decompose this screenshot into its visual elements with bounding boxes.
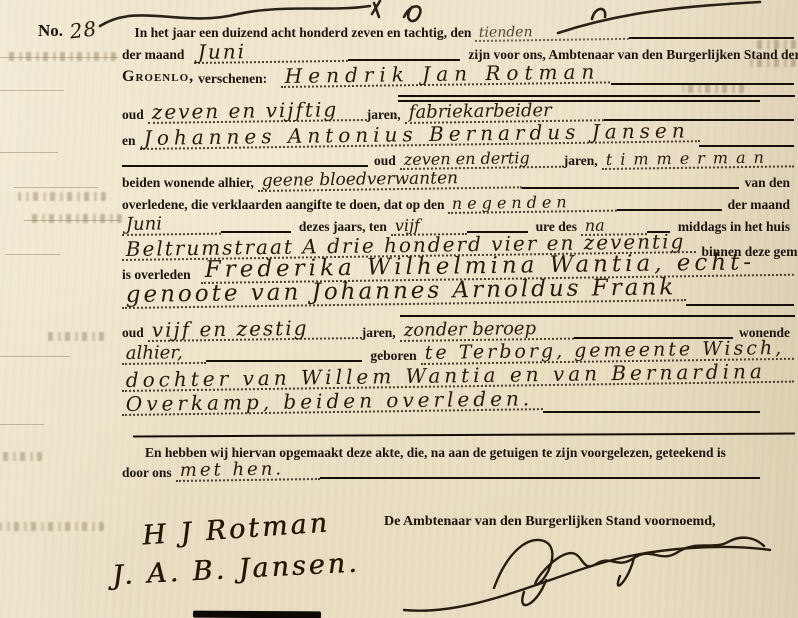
written-deceased-occupation: zonder beroep <box>399 320 573 342</box>
bleed-line <box>0 424 44 425</box>
written-witness2-age: zeven en dertig <box>400 150 564 170</box>
written-death-day: negenden <box>448 194 617 214</box>
closing-separator-rule <box>133 433 795 438</box>
ruled-line-blank <box>400 315 795 317</box>
municipality-name: Groenlo, <box>122 69 198 88</box>
line-witness2-age: oud zeven en dertig jaren, timmerman <box>122 146 794 170</box>
bleed-through-text <box>0 522 104 531</box>
written-witness2-occupation: timmerman <box>601 149 794 170</box>
bleed-line <box>0 356 70 357</box>
line-municipality: Groenlo, verschenen: Hendrik Jan Rotman <box>122 58 794 88</box>
ruled-line <box>543 409 760 413</box>
ruled-line <box>629 35 794 39</box>
printed-door-ons: door ons <box>122 466 176 483</box>
bleed-line <box>0 90 64 91</box>
bottom-edge-ink-mark <box>193 611 321 618</box>
bleed-through-text <box>44 332 104 341</box>
bleed-through-text <box>30 214 122 223</box>
printed-oud: oud <box>122 326 148 343</box>
line-spouse: genoote van Johannes Arnoldus Frank <box>122 279 794 309</box>
bleed-line <box>6 254 60 255</box>
bleed-line <box>14 187 98 188</box>
ruled-line-double-top <box>398 95 795 97</box>
written-met-hen: met hen. <box>175 460 319 482</box>
written-relation: geene bloedverwanten <box>258 169 522 192</box>
witness1-signature: H J Rotman <box>141 509 330 549</box>
official-signature <box>398 520 778 618</box>
bleed-through-text <box>18 192 106 201</box>
act-number-label: No. <box>38 22 67 42</box>
written-declarant-name: Hendrik Jan Rotman <box>281 61 611 88</box>
written-parents-continued: Overkamp, beiden overleden. <box>122 388 544 416</box>
ruled-line <box>522 185 739 189</box>
official-title: De Ambtenaar van den Burgerlijken Stand … <box>384 515 719 532</box>
official-title-line: De Ambtenaar van den Burgerlijken Stand … <box>384 508 719 532</box>
ruled-line <box>320 475 760 479</box>
written-deceased-age: vijf en zestig <box>147 317 361 342</box>
ruled-line <box>617 207 721 211</box>
printed-verschenen: verschenen: <box>198 72 281 89</box>
bleed-through-text <box>8 52 116 61</box>
line-parents-2: Overkamp, beiden overleden. <box>122 386 760 416</box>
printed-jaren: jaren, <box>362 326 400 343</box>
act-number-value: 28 <box>65 17 109 42</box>
bleed-line <box>0 152 58 153</box>
ruled-line <box>122 163 368 167</box>
line-closing-2: door ons met hen. <box>122 458 760 482</box>
line-relation: beiden wonende alhier, geene bloedverwan… <box>122 168 794 192</box>
death-certificate-scan: No. 28 In het jaar een duizend acht hond… <box>0 0 798 618</box>
bleed-through-text <box>2 452 42 461</box>
ruled-line <box>686 302 794 306</box>
ruled-line <box>611 81 794 85</box>
line-declaration: overledene, die verklaarden aangifte te … <box>122 190 794 214</box>
line-year: No. 28 In het jaar een duizend acht hond… <box>38 18 794 42</box>
written-spouse: genoote van Johannes Arnoldus Frank <box>122 276 687 309</box>
witness2-signature: J. A. B. Jansen. <box>111 550 360 590</box>
